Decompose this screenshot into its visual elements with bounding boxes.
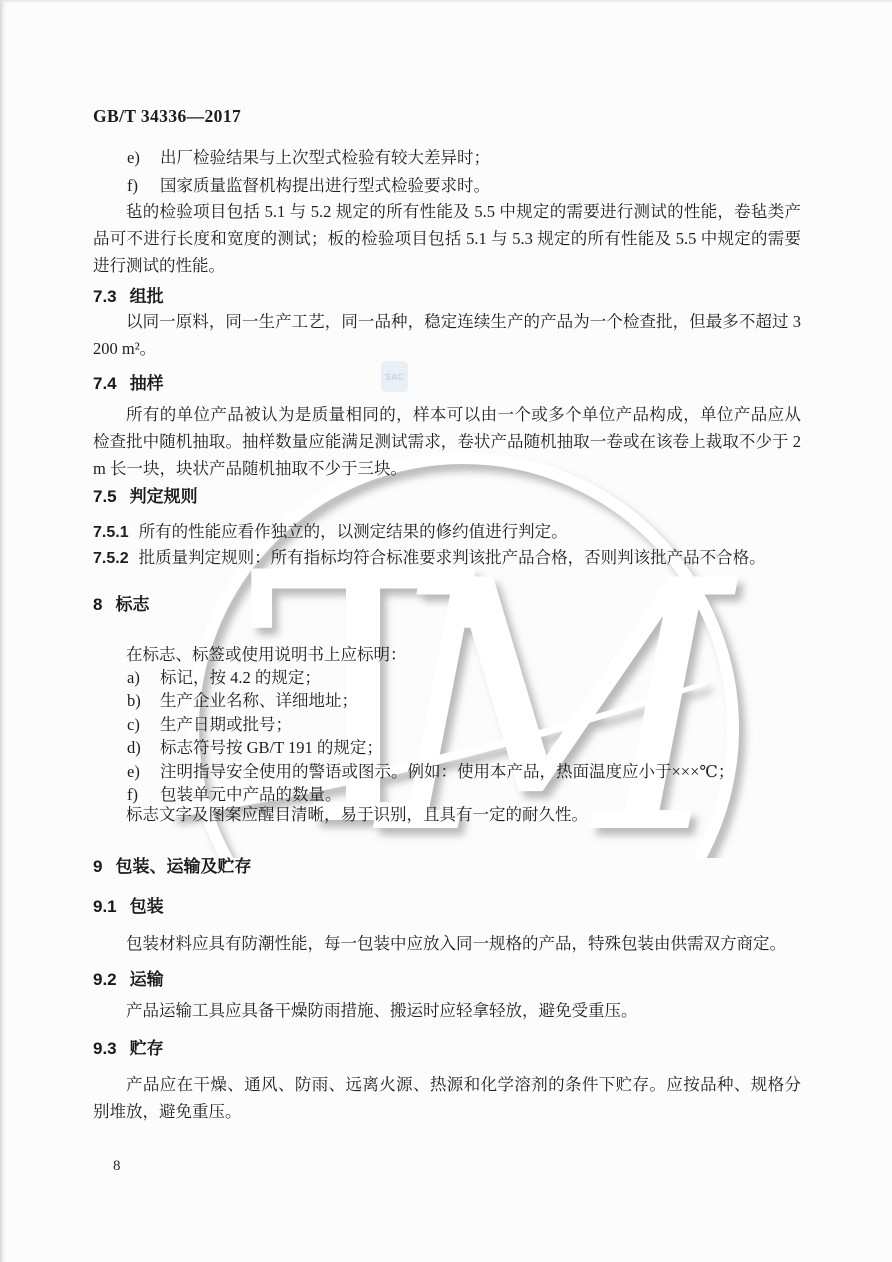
inspection-scope-paragraph: 毡的检验项目包括 5.1 与 5.2 规定的所有性能及 5.5 中规定的需要进行…	[93, 198, 801, 279]
section-heading-9-1: 9.1 包装	[93, 896, 801, 918]
page-number: 8	[113, 1158, 121, 1175]
section-number: 7.3	[93, 286, 117, 308]
document-page: SAC T M GB/T 34336—2017 e) 出厂检验结果与上次型式检验…	[0, 0, 892, 1262]
section-9-2-paragraph: 产品运输工具应具备干燥防雨措施、搬运时应轻拿轻放，避免受重压。	[93, 997, 801, 1024]
list-item-text: 生产企业名称、详细地址；	[160, 689, 801, 712]
paragraph-text: 在标志、标签或使用说明书上应标明：	[93, 641, 801, 668]
paragraph-text: 产品运输工具应具备干燥防雨措施、搬运时应轻拿轻放，避免受重压。	[93, 997, 801, 1024]
section-number: 7.4	[93, 373, 117, 395]
list-item-text: 出厂检验结果与上次型式检验有较大差异时；	[160, 144, 801, 172]
section-heading-7-5: 7.5 判定规则	[93, 486, 801, 508]
list-item: a) 标记，按 4.2 的规定；	[93, 666, 801, 689]
section-number: 7.5	[93, 486, 117, 508]
section-heading-9-2: 9.2 运输	[93, 969, 801, 991]
list-item: c) 生产日期或批号；	[93, 713, 801, 736]
list-item-text: 标记，按 4.2 的规定；	[160, 666, 801, 689]
chapter-heading-9: 9 包装、运输及贮存	[93, 856, 801, 878]
list-item-marker: e)	[127, 144, 160, 172]
list-item-marker: a)	[127, 666, 160, 689]
page-header: GB/T 34336—2017	[93, 106, 801, 127]
section-number: 9.2	[93, 969, 117, 991]
list-item: e) 出厂检验结果与上次型式检验有较大差异时；	[93, 144, 801, 172]
section-number: 9.3	[93, 1038, 117, 1060]
section-heading-7-3: 7.3 组批	[93, 286, 801, 308]
type-inspection-list: e) 出厂检验结果与上次型式检验有较大差异时； f) 国家质量监督机构提出进行型…	[93, 144, 801, 200]
chapter-title: 标志	[115, 594, 149, 616]
section-title: 判定规则	[130, 486, 198, 508]
list-item: d) 标志符号按 GB/T 191 的规定；	[93, 736, 801, 759]
scan-left-edge	[0, 0, 6, 1262]
standard-number: GB/T 34336—2017	[93, 106, 241, 126]
section-title: 抽样	[130, 373, 164, 395]
section-title: 贮存	[130, 1038, 164, 1060]
list-item-marker: c)	[127, 713, 160, 736]
list-item-marker: d)	[127, 736, 160, 759]
marking-intro: 在标志、标签或使用说明书上应标明：	[93, 641, 801, 668]
rule-text: 所有的性能应看作独立的，以测定结果的修约值进行判定。	[139, 522, 568, 541]
list-item: b) 生产企业名称、详细地址；	[93, 689, 801, 712]
section-number: 9.1	[93, 896, 117, 918]
scan-top-edge	[0, 0, 892, 3]
list-item-text: 注明指导安全使用的警语或图示。例如：使用本产品，热面温度应小于×××℃；	[160, 760, 801, 783]
rule-number: 7.5.2	[93, 550, 129, 567]
paragraph-text: 包装材料应具有防潮性能，每一包装中应放入同一规格的产品，特殊包装由供需双方商定。	[93, 930, 801, 957]
section-title: 运输	[130, 969, 164, 991]
section-title: 包装	[130, 896, 164, 918]
rule-7-5-2: 7.5.2批质量判定规则：所有指标均符合标准要求判该批产品合格，否则判该批产品不…	[93, 545, 801, 572]
marking-closing: 标志文字及图案应醒目清晰，易于识别，且具有一定的耐久性。	[93, 801, 801, 828]
list-item-text: 标志符号按 GB/T 191 的规定；	[160, 736, 801, 759]
section-7-3-paragraph: 以同一原料，同一生产工艺，同一品种，稳定连续生产的产品为一个检查批，但最多不超过…	[93, 308, 801, 362]
paragraph-text: 以同一原料，同一生产工艺，同一品种，稳定连续生产的产品为一个检查批，但最多不超过…	[93, 308, 801, 362]
paragraph-text: 产品应在干燥、通风、防雨、远离火源、热源和化学溶剂的条件下贮存。应按品种、规格分…	[93, 1071, 801, 1125]
list-item-text: 国家质量监督机构提出进行型式检验要求时。	[160, 172, 801, 200]
list-item: f) 国家质量监督机构提出进行型式检验要求时。	[93, 172, 801, 200]
list-item-text: 生产日期或批号；	[160, 713, 801, 736]
list-item-marker: e)	[127, 760, 160, 783]
section-9-1-paragraph: 包装材料应具有防潮性能，每一包装中应放入同一规格的产品，特殊包装由供需双方商定。	[93, 930, 801, 957]
section-heading-9-3: 9.3 贮存	[93, 1038, 801, 1060]
rule-text: 批质量判定规则：所有指标均符合标准要求判该批产品合格，否则判该批产品不合格。	[139, 548, 766, 567]
paragraph-text: 毡的检验项目包括 5.1 与 5.2 规定的所有性能及 5.5 中规定的需要进行…	[93, 198, 801, 279]
list-item-marker: b)	[127, 689, 160, 712]
section-9-3-paragraph: 产品应在干燥、通风、防雨、远离火源、热源和化学溶剂的条件下贮存。应按品种、规格分…	[93, 1071, 801, 1125]
rule-number: 7.5.1	[93, 524, 129, 541]
section-heading-7-4: 7.4 抽样	[93, 373, 801, 395]
paragraph-text: 所有的单位产品被认为是质量相同的，样本可以由一个或多个单位产品构成，单位产品应从…	[93, 401, 801, 482]
paragraph-text: 标志文字及图案应醒目清晰，易于识别，且具有一定的耐久性。	[93, 801, 801, 828]
section-7-4-paragraph: 所有的单位产品被认为是质量相同的，样本可以由一个或多个单位产品构成，单位产品应从…	[93, 401, 801, 482]
section-title: 组批	[130, 286, 164, 308]
list-item-marker: f)	[127, 172, 160, 200]
marking-list: a) 标记，按 4.2 的规定； b) 生产企业名称、详细地址； c) 生产日期…	[93, 666, 801, 806]
list-item: e) 注明指导安全使用的警语或图示。例如：使用本产品，热面温度应小于×××℃；	[93, 760, 801, 783]
chapter-number: 9	[93, 856, 102, 878]
chapter-heading-8: 8 标志	[93, 594, 801, 616]
rule-7-5-1: 7.5.1所有的性能应看作独立的，以测定结果的修约值进行判定。	[93, 519, 801, 546]
chapter-title: 包装、运输及贮存	[115, 856, 251, 878]
chapter-number: 8	[93, 594, 102, 616]
